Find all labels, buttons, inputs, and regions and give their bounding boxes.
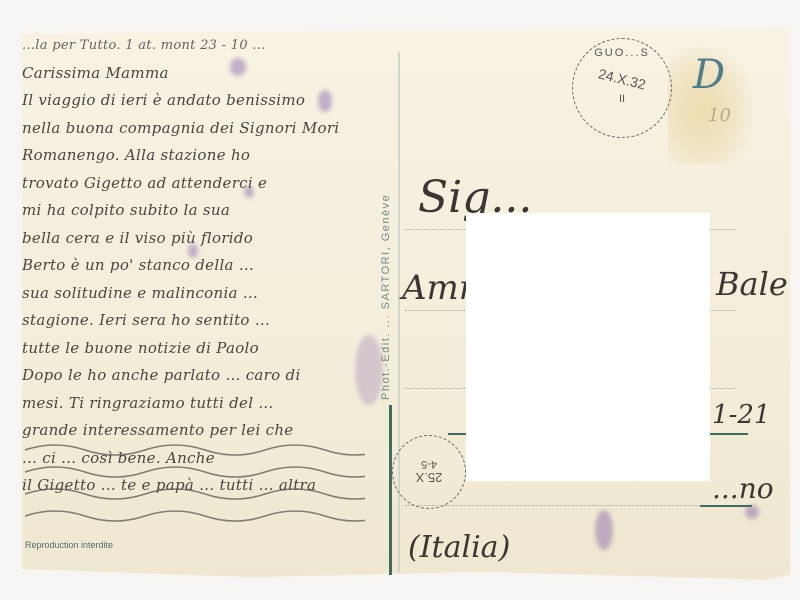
letter-line: tutte le buone notizie di Paolo [22, 335, 397, 363]
ink-blot [745, 505, 759, 519]
postmark-bottom-time: 4-5 [421, 459, 437, 471]
address-street-number: 1-21 [712, 400, 770, 430]
ink-blot [355, 335, 383, 405]
ink-blot [595, 510, 613, 550]
letter-line: ...la per Tutto. 1 at. mont 23 - 10 ... [22, 32, 397, 60]
letter-line: mi ha colpito subito la sua [22, 197, 397, 225]
ink-blot [318, 90, 332, 112]
address-line-4 [405, 505, 735, 506]
address-underline-4 [700, 505, 752, 507]
redacted-address-block [466, 213, 710, 481]
letter-line: Il viaggio di ieri è andato benissimo [22, 87, 397, 115]
postmark-bottom: 25.X 4-5 [392, 435, 466, 509]
reproduction-notice: Reproduction interdite [25, 540, 113, 550]
ink-blot [244, 186, 254, 198]
postmark-top: GUO...S 24.X.32 II [572, 38, 672, 138]
stamp-value: 10 [708, 105, 731, 126]
letter-line: stagione. Ieri sera ho sentito ... [22, 307, 397, 335]
postmark-bottom-date: 25.X [416, 471, 443, 486]
cancellation-wavy-lines [25, 430, 365, 550]
letter-line: bella cera e il viso più florido [22, 225, 397, 253]
postmark-code: II [619, 93, 625, 105]
letter-line: Carissima Mamma [22, 60, 397, 88]
ink-blot [230, 58, 246, 76]
postmark-town: GUO...S [594, 47, 650, 59]
letter-line: Romanengo. Alla stazione ho [22, 142, 397, 170]
letter-line: Berto è un po' stanco della ... [22, 252, 397, 280]
letter-line: mesi. Ti ringraziamo tutti del ... [22, 390, 397, 418]
ink-blot [188, 244, 198, 258]
letter-line: Dopo le ho anche parlato ... caro di [22, 362, 397, 390]
letter-line: trovato Gigetto ad attenderci e [22, 170, 397, 198]
address-name-end: Bale [716, 265, 788, 303]
address-city: ...no [712, 472, 774, 505]
letter-line: nella buona compagnia dei Signori Mori [22, 115, 397, 143]
address-country: (Italia) [408, 530, 510, 565]
stamp-monogram: D [693, 52, 725, 98]
postmark-date: 24.X.32 [597, 65, 648, 92]
letter-line: sua solitudine e malinconia ... [22, 280, 397, 308]
